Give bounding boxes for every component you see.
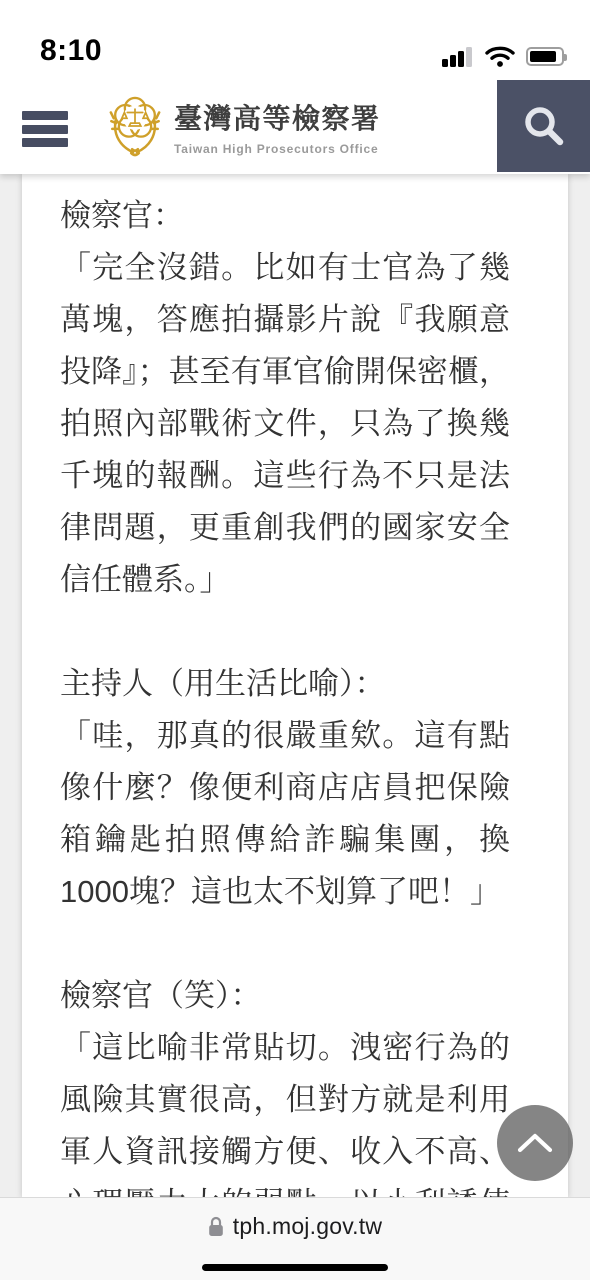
prosecutors-office-emblem-icon	[106, 93, 164, 159]
speech-text: 「哇，那真的很嚴重欸。這有點像什麼？像便利商店店員把保險箱鑰匙拍照傳給詐騙集團，…	[60, 710, 510, 918]
site-header: 臺灣高等檢察署 Taiwan High Prosecutors Office	[0, 78, 590, 174]
dialog-block: 檢察官： 「完全沒錯。比如有士官為了幾萬塊，答應拍攝影片說『我願意投降』；甚至有…	[60, 190, 510, 606]
status-time: 8:10	[40, 34, 102, 68]
menu-button[interactable]	[22, 111, 68, 147]
scroll-to-top-button[interactable]	[497, 1105, 573, 1181]
org-name-en: Taiwan High Prosecutors Office	[174, 142, 381, 156]
search-button[interactable]	[497, 80, 590, 172]
article-content: 檢察官： 「完全沒錯。比如有士官為了幾萬塊，答應拍攝影片說『我願意投降』；甚至有…	[22, 174, 568, 1198]
url-text: tph.moj.gov.tw	[233, 1213, 382, 1240]
url-bar[interactable]: tph.moj.gov.tw	[0, 1213, 590, 1240]
speaker-label: 檢察官（笑）：	[60, 970, 510, 1022]
speech-text: 「這比喻非常貼切。洩密行為的風險其實很高，但對方就是利用軍人資訊接觸方便、收入不…	[60, 1022, 510, 1198]
speaker-label: 主持人（用生活比喻）：	[60, 658, 510, 710]
hamburger-icon	[22, 111, 68, 120]
status-bar: 8:10	[0, 0, 590, 78]
status-icons	[442, 44, 564, 68]
home-indicator[interactable]	[202, 1264, 388, 1271]
site-logo[interactable]: 臺灣高等檢察署 Taiwan High Prosecutors Office	[106, 93, 381, 159]
iphone-screen: 8:10	[0, 0, 590, 1280]
page-background: 檢察官： 「完全沒錯。比如有士官為了幾萬塊，答應拍攝影片說『我願意投降』；甚至有…	[0, 174, 590, 1198]
lock-icon	[208, 1216, 224, 1237]
speech-text: 「完全沒錯。比如有士官為了幾萬塊，答應拍攝影片說『我願意投降』；甚至有軍官偷開保…	[60, 242, 510, 606]
dialog-block: 主持人（用生活比喻）： 「哇，那真的很嚴重欸。這有點像什麼？像便利商店店員把保險…	[60, 658, 510, 918]
wifi-icon	[485, 45, 515, 68]
search-icon	[521, 103, 567, 149]
chevron-up-icon	[516, 1132, 554, 1154]
dialog-block: 檢察官（笑）： 「這比喻非常貼切。洩密行為的風險其實很高，但對方就是利用軍人資訊…	[60, 970, 510, 1198]
brand-text: 臺灣高等檢察署 Taiwan High Prosecutors Office	[174, 97, 381, 156]
speaker-label: 檢察官：	[60, 190, 510, 242]
safari-bottom-bar: tph.moj.gov.tw	[0, 1197, 590, 1280]
battery-icon	[526, 47, 564, 66]
org-name-zh: 臺灣高等檢察署	[174, 97, 381, 137]
cellular-signal-icon	[442, 44, 474, 68]
